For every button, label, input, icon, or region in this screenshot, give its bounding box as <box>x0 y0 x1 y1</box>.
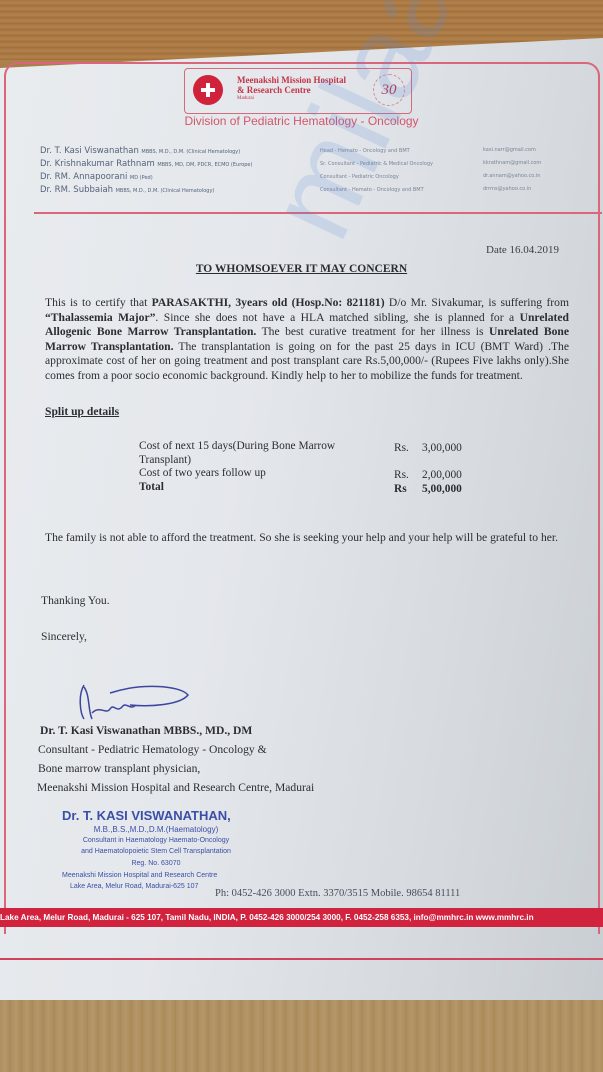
cost-label: Cost of two years follow up <box>139 467 359 481</box>
hospital-cross-logo-icon <box>193 75 223 105</box>
cost-row: Cost of next 15 days(During Bone Marrow … <box>139 440 479 467</box>
doctor-name: Dr. RM. Annapoorani <box>40 172 127 182</box>
cost-amount: 3,00,000 <box>422 442 462 456</box>
doctor-role: Consultant - Pediatric Oncology <box>320 174 399 180</box>
header-divider <box>34 212 602 214</box>
thanks-line: Thanking You. <box>41 594 110 609</box>
cost-amount: 5,00,000 <box>422 483 462 497</box>
cost-table: Cost of next 15 days(During Bone Marrow … <box>139 440 479 494</box>
doctor-name: Dr. Krishnakumar Rathnam <box>40 159 155 169</box>
doctor-email: kkrathnam@gmail.com <box>483 160 541 166</box>
cost-currency: Rs. <box>394 442 409 456</box>
doctor-qualifications: MBBS, M.D., D.M. (Clinical Hematology) <box>141 149 240 155</box>
doctor-row: Dr. RM. Subbaiah MBBS, M.D., D.M. (Clini… <box>40 185 580 198</box>
patient-name: PARASAKTHI, 3years old (Hosp.No: 821181) <box>152 296 385 309</box>
doctor-qualifications: MBBS, M.D., D.M. (Clinical Hematology) <box>116 188 215 194</box>
doctor-row: Dr. Krishnakumar Rathnam MBBS, MD, DM, P… <box>40 159 580 172</box>
doctor-role: Consultant - Hemato - Oncology and BMT <box>320 187 424 193</box>
doctor-row: Dr. T. Kasi Viswanathan MBBS, M.D., D.M.… <box>40 146 580 159</box>
doctor-name: Dr. T. Kasi Viswanathan <box>40 146 139 156</box>
cost-currency: Rs <box>394 483 407 497</box>
anniversary-badge-icon: 30 <box>373 74 405 106</box>
signatory-name: Dr. T. Kasi Viswanathan MBBS., MD., DM <box>40 724 252 739</box>
phone-line: Ph: 0452-426 3000 Extn. 3370/3515 Mobile… <box>215 887 460 902</box>
doctor-name: Dr. RM. Subbaiah <box>40 185 113 195</box>
cost-row: TotalRs5,00,000 <box>139 481 479 495</box>
doctor-role: Sr. Consultant - Pediatric & Medical Onc… <box>320 161 433 167</box>
doctor-list: Dr. T. Kasi Viswanathan MBBS, M.D., D.M.… <box>40 146 580 198</box>
footer-divider <box>0 958 603 960</box>
doctor-qualifications: MD (Ped) <box>130 175 153 181</box>
doctor-row: Dr. RM. Annapoorani MD (Ped)Consultant -… <box>40 172 580 185</box>
diagnosis: “Thalassemia Major” <box>45 311 155 324</box>
wooden-table-background-bottom <box>0 995 603 1072</box>
hospital-logo-block: Meenakshi Mission Hospital & Research Ce… <box>184 68 412 114</box>
doctor-role: Head - Hemato - Oncology and BMT <box>320 148 410 154</box>
cost-label: Total <box>139 481 359 495</box>
signature-icon <box>70 675 200 725</box>
letter-date: Date 16.04.2019 <box>486 243 559 258</box>
family-statement: The family is not able to afford the tre… <box>45 531 603 546</box>
address-bar: Lake Area, Melur Road, Madurai - 625 107… <box>0 908 603 927</box>
signatory-hospital: Meenakshi Mission Hospital and Research … <box>37 781 314 796</box>
signatory-role: Bone marrow transplant physician, <box>38 762 200 777</box>
closing-line: Sincerely, <box>41 630 87 645</box>
division-title: Division of Pediatric Hematology - Oncol… <box>0 114 603 128</box>
signatory-title: Consultant - Pediatric Hematology - Onco… <box>38 743 267 758</box>
hospital-name: Meenakshi Mission Hospital & Research Ce… <box>237 75 346 95</box>
doctor-qualifications: MBBS, MD, DM, PDCR, ECMO (Europe) <box>157 162 252 168</box>
doctor-email: drrms@yahoo.co.in <box>483 186 531 192</box>
hospital-city: Madurai <box>237 96 254 101</box>
cost-label: Cost of next 15 days(During Bone Marrow … <box>139 440 359 467</box>
doctor-email: kasi.narr@gmail.com <box>483 147 536 153</box>
letter-heading: TO WHOMSOEVER IT MAY CONCERN <box>0 262 603 277</box>
split-up-heading: Split up details <box>45 405 119 420</box>
letter-body: This is to certify that PARASAKTHI, 3yea… <box>45 296 569 383</box>
cost-row: Cost of two years follow upRs.2,00,000 <box>139 467 479 481</box>
doctor-email: dr.annam@yahoo.co.in <box>483 173 540 179</box>
